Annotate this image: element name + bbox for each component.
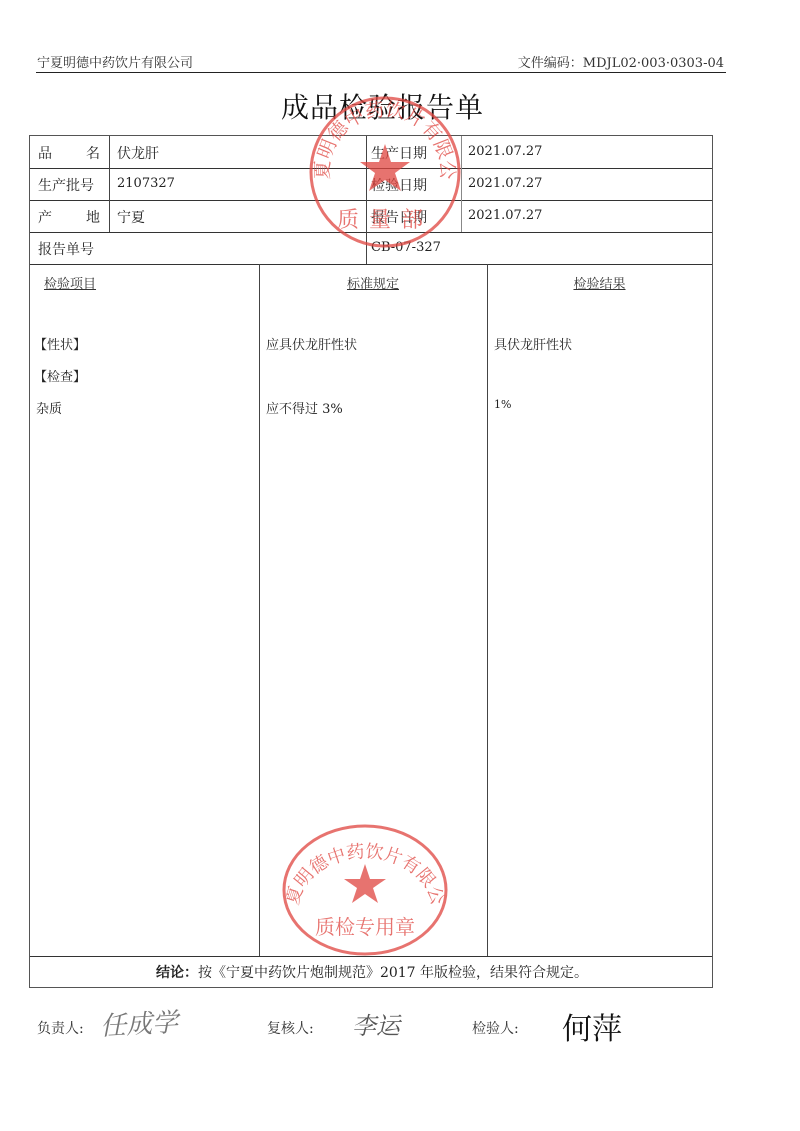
report-no-label: 报告单号 xyxy=(38,239,94,259)
inspection-date-label: 检验日期 xyxy=(371,175,427,195)
row-result: 具伏龙肝性状 xyxy=(494,334,572,353)
row-item: 杂质 xyxy=(36,398,62,417)
origin-label: 产 地 xyxy=(38,207,100,227)
product-name-label: 品 名 xyxy=(38,143,100,163)
label-char: 名 xyxy=(86,143,100,163)
inspector-signature: 何萍 xyxy=(562,1004,622,1048)
row-divider xyxy=(30,956,712,957)
row-divider xyxy=(30,232,712,233)
inspection-date-value: 2021.07.27 xyxy=(468,176,542,191)
production-date-value: 2021.07.27 xyxy=(468,144,542,159)
column-header-standard: 标准规定 xyxy=(259,273,487,292)
responsible-label: 负责人: xyxy=(37,1018,84,1038)
batch-value: 2107327 xyxy=(117,176,175,191)
batch-label: 生产批号 xyxy=(38,175,94,195)
company-name: 宁夏明德中药饮片有限公司 xyxy=(37,52,193,71)
col-divider xyxy=(259,264,260,956)
header-divider xyxy=(36,72,726,73)
label-char: 品 xyxy=(38,143,52,163)
page-title: 成品检验报告单 xyxy=(0,86,765,126)
origin-value: 宁夏 xyxy=(117,207,145,227)
row-item: 【检查】 xyxy=(34,366,86,385)
row-standard: 应具伏龙肝性状 xyxy=(266,334,357,353)
row-item: 【性状】 xyxy=(34,334,86,353)
conclusion: 结论：按《宁夏中药饮片炮制规范》2017 年版检验，结果符合规定。 xyxy=(30,962,714,982)
report-table: 品 名 伏龙肝 生产日期 2021.07.27 生产批号 2107327 检验日… xyxy=(29,135,713,988)
col-divider xyxy=(109,136,110,232)
document-code: 文件编码：MDJL02·003·0303-04 xyxy=(518,52,724,71)
row-standard: 应不得过 3% xyxy=(266,398,343,417)
row-divider xyxy=(30,264,712,265)
column-header-item: 检验项目 xyxy=(44,273,96,292)
label-char: 地 xyxy=(86,207,100,227)
production-date-label: 生产日期 xyxy=(371,143,427,163)
label-char: 产 xyxy=(38,207,52,227)
reviewer-label: 复核人: xyxy=(267,1018,314,1038)
row-divider xyxy=(30,168,712,169)
responsible-signature: 任成学 xyxy=(99,1002,179,1043)
conclusion-label: 结论： xyxy=(156,965,198,981)
row-divider xyxy=(30,200,712,201)
col-divider xyxy=(487,264,488,956)
report-no-value: CB-07-327 xyxy=(371,240,441,255)
row-result: 1% xyxy=(494,398,511,411)
report-date-label: 报告日期 xyxy=(371,207,427,227)
inspector-label: 检验人: xyxy=(472,1018,519,1038)
product-name-value: 伏龙肝 xyxy=(117,143,159,163)
col-divider xyxy=(366,136,367,264)
col-divider xyxy=(461,136,462,232)
report-date-value: 2021.07.27 xyxy=(468,208,542,223)
column-header-result: 检验结果 xyxy=(487,273,712,292)
conclusion-text: 按《宁夏中药饮片炮制规范》2017 年版检验，结果符合规定。 xyxy=(198,965,588,981)
reviewer-signature: 李运 xyxy=(352,1006,400,1041)
